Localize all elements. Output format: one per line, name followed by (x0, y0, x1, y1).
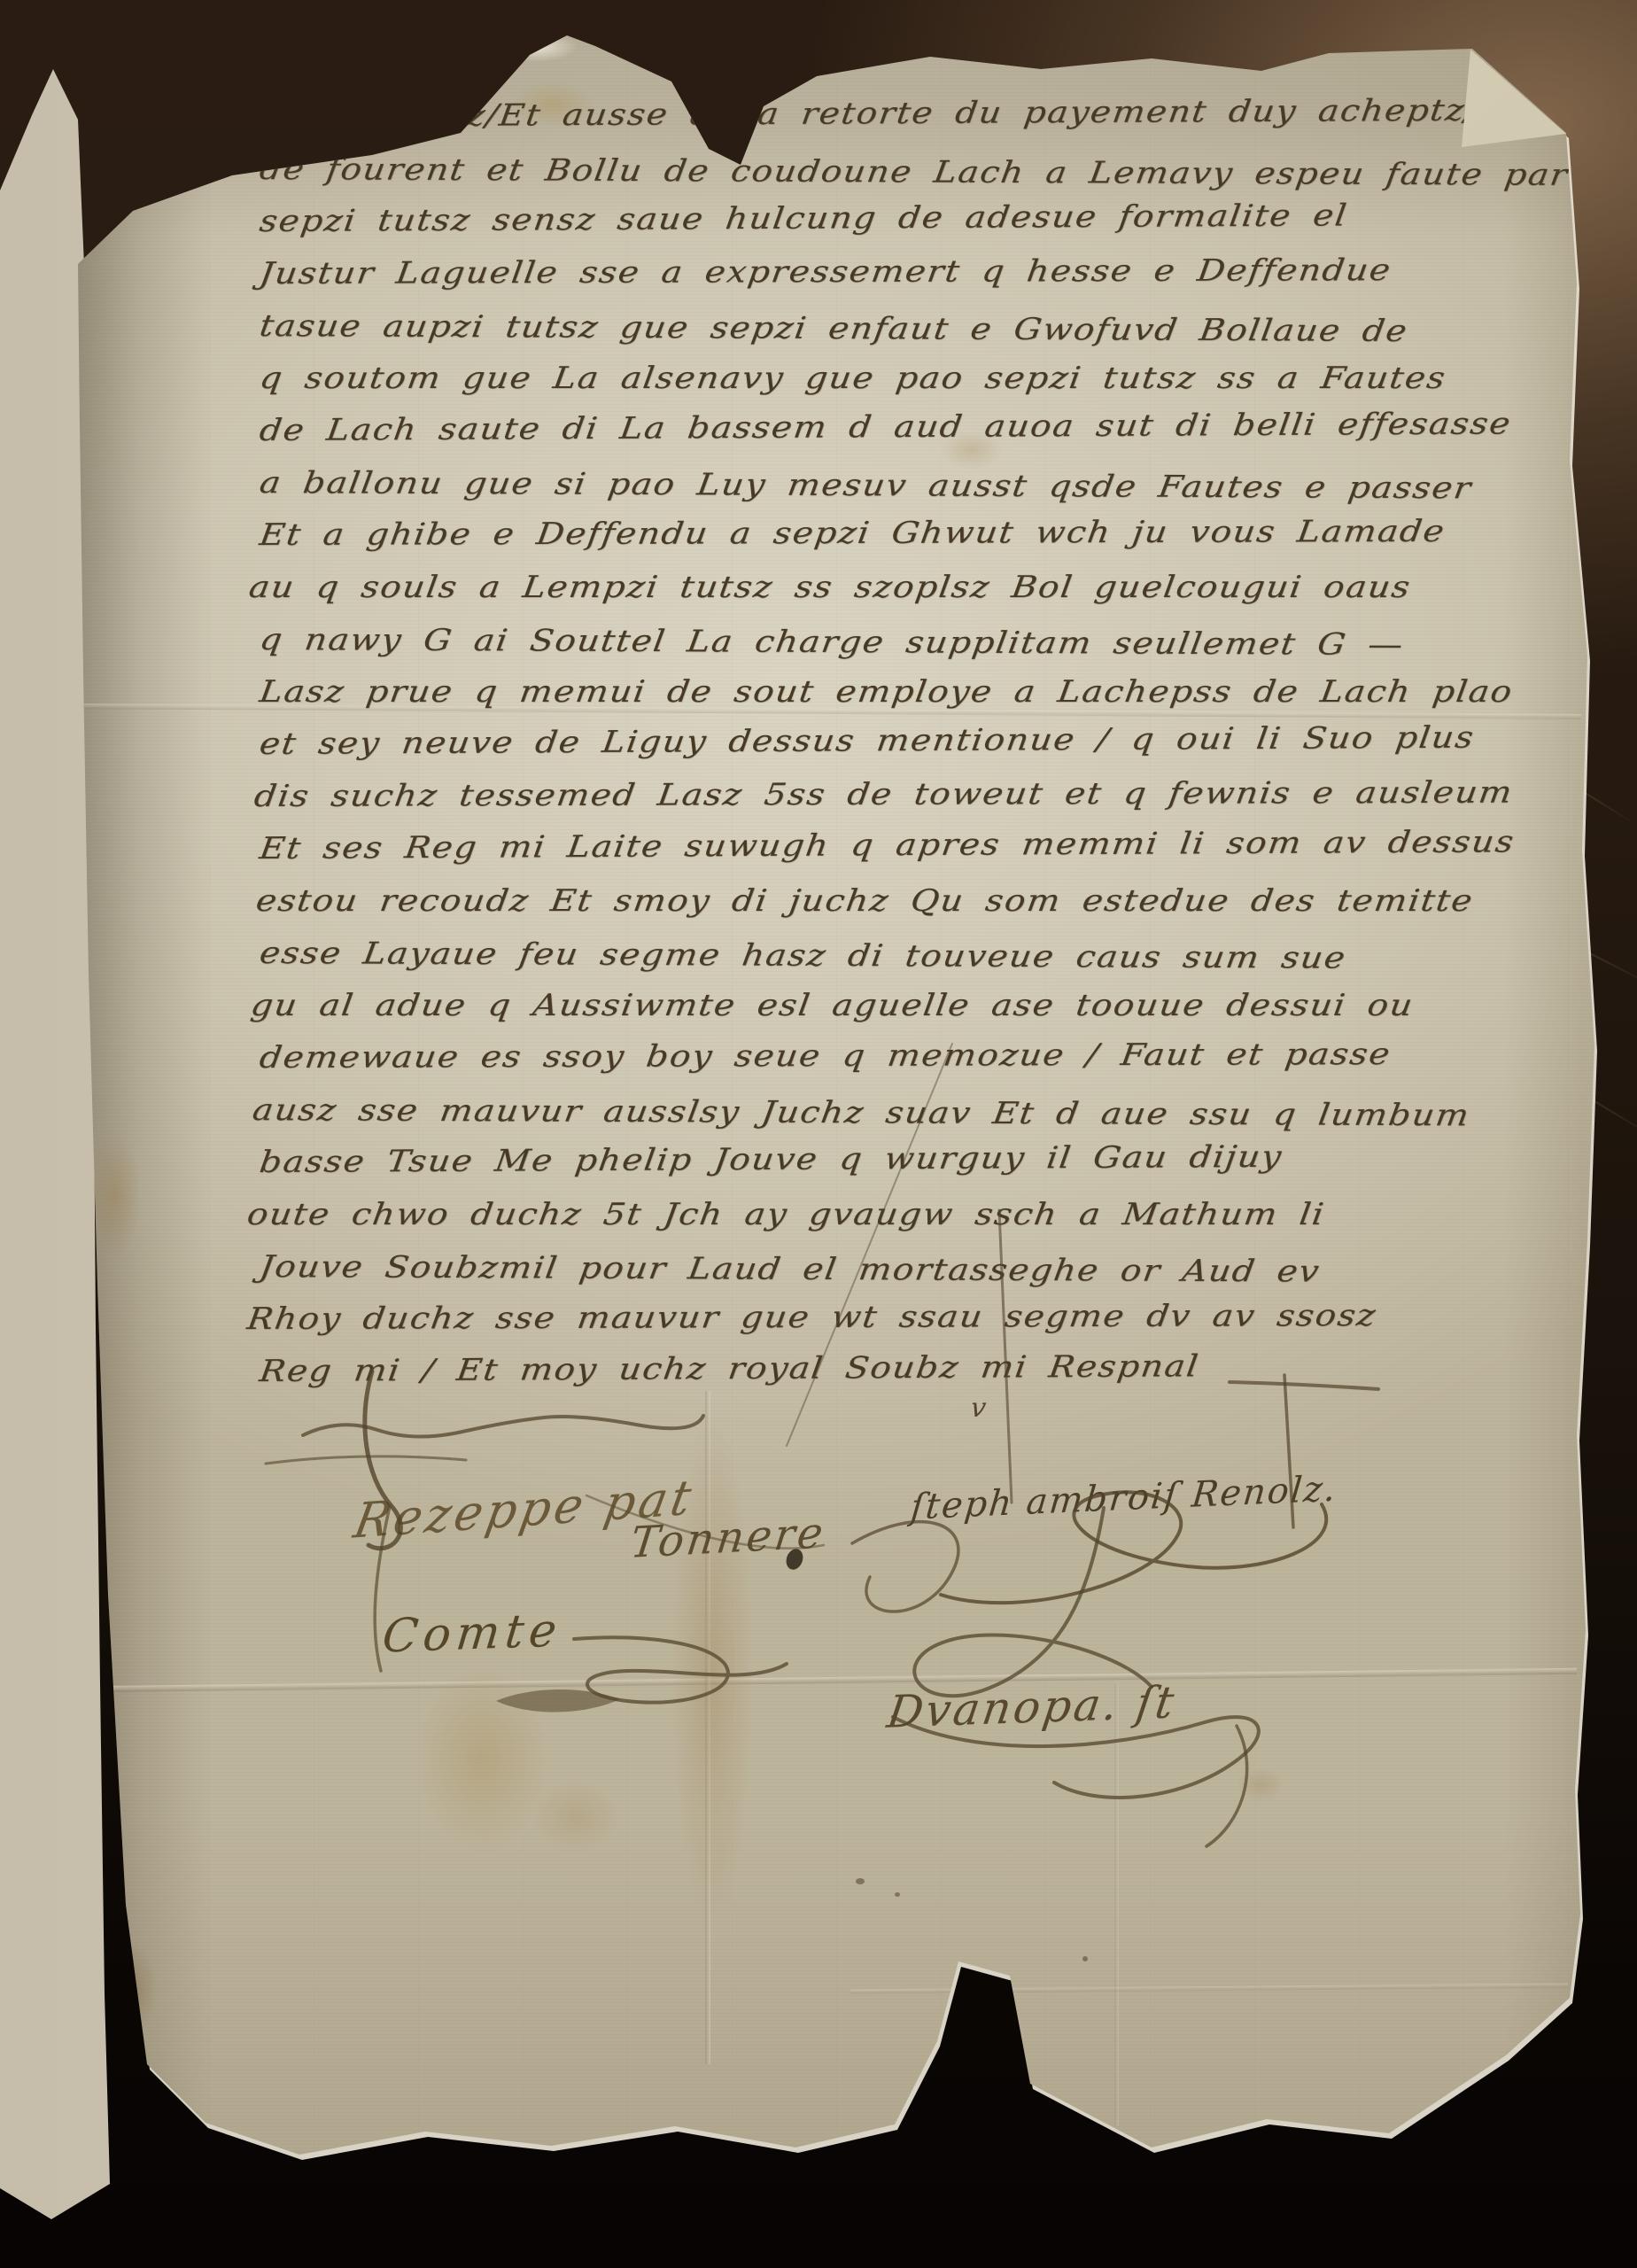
paper-stain (416, 1666, 549, 1852)
paper-stain (531, 1781, 620, 1852)
manuscript-page: mi me notz/Et ausse a La retorte du paye… (0, 0, 1637, 2268)
manuscript-text-line: q soutom gue La alsenavy gue pao sepzi t… (255, 361, 1637, 413)
manuscript-text-line: Et a ghibe e Deffendu a sepzi Ghwut wch … (255, 513, 1637, 570)
manuscript-text-line: esse Layaue feu segme hasz di touveue ca… (255, 936, 1637, 995)
manuscript-text-line: Reg mi / Et moy uchz royal Soubz mi Resp… (255, 1346, 1637, 1406)
manuscript-text-line: q nawy G ai Souttel La charge supplitam … (255, 622, 1637, 681)
manuscript-text-line: dis suchz tessemed Lasz 5ss de toweut et… (250, 774, 1637, 831)
manuscript-text-line: estou recoudz Et smoy di juchz Qu som es… (252, 883, 1637, 936)
paper-stain (1237, 1767, 1284, 1803)
adjacent-page-text-fragment: mre (1546, 2023, 1598, 2051)
adjacent-page-text-fragment: z (1581, 2080, 1598, 2108)
manuscript-text-line: basse Tsue Me phelip Jouve q wurguy il G… (255, 1137, 1637, 1197)
manuscript-text-line: oute chwo duchz 5t Jch ay gvaugw ssch a … (243, 1197, 1637, 1249)
manuscript-text-line: gu al adue q Aussiwmte esl aguelle ase t… (246, 988, 1637, 1040)
horizontal-fold-crease (89, 1668, 1577, 1693)
manuscript-text-line: sepzi tutsz sensz saue hulcung de adesue… (255, 196, 1637, 256)
manuscript-text-line: au q souls a Lempzi tutsz ss szoplsz Bol… (244, 570, 1637, 622)
horizontal-fold-crease (850, 1983, 1568, 1993)
paraph-mark: v (969, 1393, 989, 1424)
paper-stain (89, 1134, 140, 1258)
manuscript-text-line: demewaue es ssoy boy seue q memozue / Fa… (255, 1036, 1637, 1092)
manuscript-photo: ſgelldeſauee l—ſeveſal—ſzeluvyu —llaue— … (0, 0, 1637, 2268)
bottom-signature: Dvanopa. ſt (884, 1676, 1180, 1738)
ink-speck (856, 1878, 865, 1884)
manuscript-text-line: Et ses Reg mi Laite suwugh q apres memmi… (255, 823, 1637, 883)
ink-speck (1082, 1956, 1088, 1961)
manuscript-text-line: Rhoy duchz sse mauvur gue wt ssau segme … (243, 1297, 1637, 1354)
adjacent-page-text-fragment: ſ (1586, 1967, 1599, 1994)
manuscript-text-line: mi me notz/Et ausse a La retorte du paye… (255, 91, 1637, 151)
vertical-fold-crease (1114, 1683, 1119, 2126)
torn-edge-highlight (496, 32, 578, 62)
ink-speck (895, 1892, 900, 1897)
manuscript-text-line: Justur Laguelle sse a expressemert q hes… (255, 252, 1637, 308)
receiver-signature: Tonnere (628, 1508, 828, 1568)
title-line-comte: Comte (380, 1604, 564, 1663)
manuscript-text-block: mi me notz/Et ausse a La retorte du paye… (259, 99, 1605, 1406)
notary-signature: ſteph ambroiſ Renolz. (909, 1468, 1339, 1527)
manuscript-text-line: et sey neuve de Liguy dessus mentionue /… (255, 718, 1637, 779)
adjacent-page-text-fragment: ſ (1586, 381, 1599, 408)
manuscript-text-line: de Lach saute di La bassem d aud auoa su… (255, 405, 1637, 465)
manuscript-text-line: tasue aupzi tutsz gue sepzi enfaut e Gwo… (255, 308, 1637, 368)
manuscript-text-line: Lasz prue q memui de sout employe a Lach… (255, 674, 1637, 726)
